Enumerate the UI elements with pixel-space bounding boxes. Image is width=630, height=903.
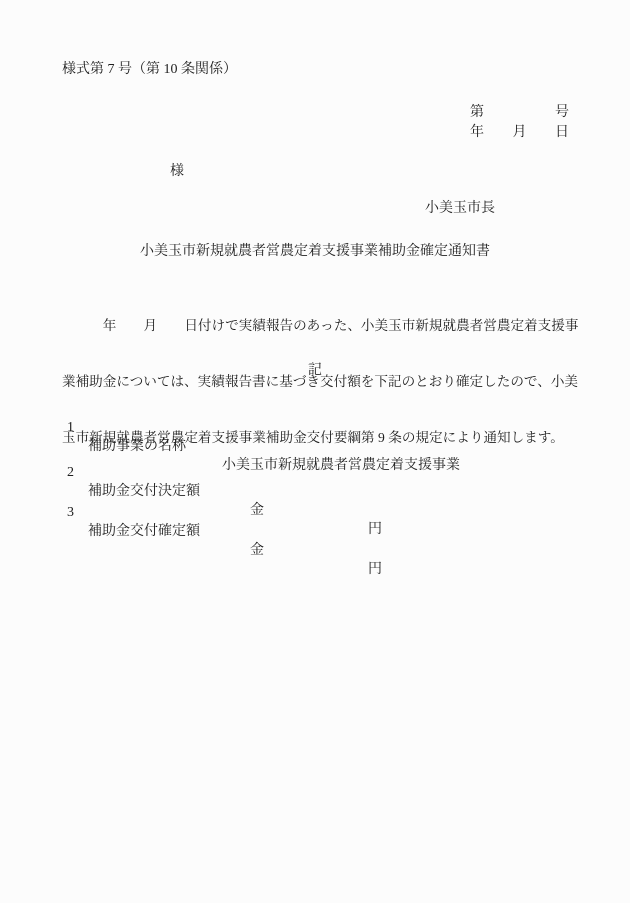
recipient-honorific: 様 <box>170 163 184 182</box>
form-number: 様式第 7 号（第 10 条関係） <box>62 61 237 80</box>
document-number-line: 第 号 <box>470 104 569 123</box>
document-number-prefix: 第 <box>470 104 484 123</box>
body-line: 年 月 日付けで実績報告のあった、小美玉市新規就農者営農定着支援事 <box>62 316 582 335</box>
date-line: 年 月 日 <box>470 124 569 143</box>
document-number-suffix: 号 <box>555 104 569 123</box>
item-number: 2 <box>67 464 74 483</box>
date-month-label: 月 <box>513 124 527 143</box>
section-marker: 記 <box>0 362 630 381</box>
list-item-project-name: 1 補助事業の名称 小美玉市新規就農者営農定着支援事業 <box>62 400 582 420</box>
item-number: 3 <box>67 504 74 523</box>
item-label: 補助金交付確定額 <box>88 523 200 542</box>
list-item-grant-decision-amount: 2 補助金交付決定額 金 円 <box>62 445 582 465</box>
list-item-grant-confirmed-amount: 3 補助金交付確定額 金 円 <box>62 485 582 505</box>
item-number: 1 <box>67 419 74 438</box>
amount-unit-label: 円 <box>368 561 382 580</box>
sender-name: 小美玉市長 <box>425 200 495 219</box>
amount-prefix-label: 金 <box>250 542 264 561</box>
document-page: 様式第 7 号（第 10 条関係） 第 号 年 月 日 様 小美玉市長 小美玉市… <box>0 0 630 903</box>
amount-unit-label: 円 <box>368 521 382 540</box>
document-title: 小美玉市新規就農者営農定着支援事業補助金確定通知書 <box>0 243 630 262</box>
date-day-label: 日 <box>555 124 569 143</box>
date-year-label: 年 <box>470 124 484 143</box>
